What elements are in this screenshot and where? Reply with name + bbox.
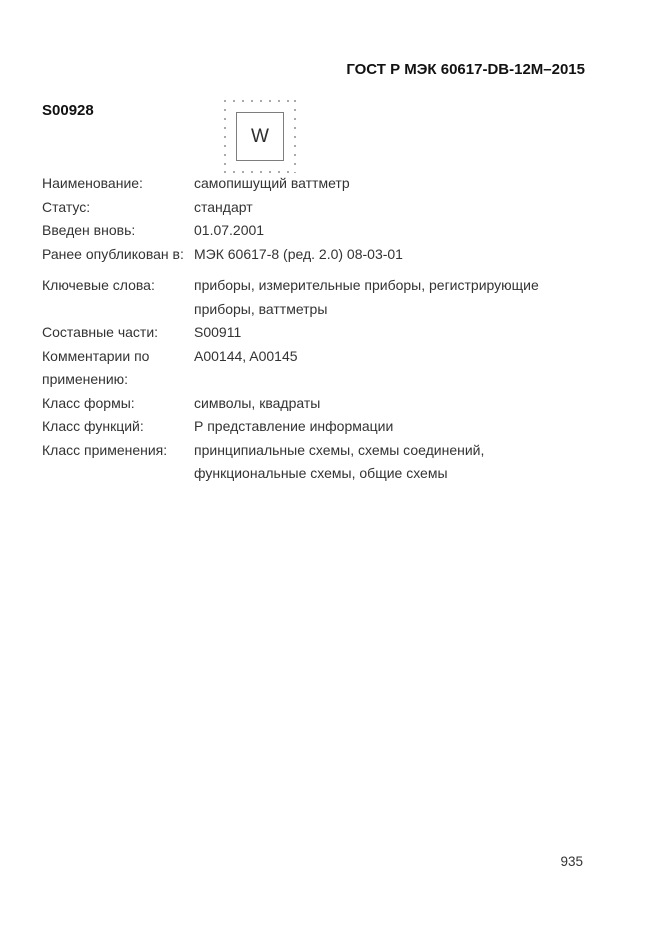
document-page: ГОСТ Р МЭК 60617-DB-12M–2015 S00928 W На… <box>0 0 661 936</box>
field-value: принципиальные схемы, схемы соединений, … <box>194 439 617 486</box>
document-header-title: ГОСТ Р МЭК 60617-DB-12M–2015 <box>346 61 585 78</box>
field-row-introduced: Введен вновь: 01.07.2001 <box>42 219 617 243</box>
field-row-previously-published: Ранее опубликован в: МЭК 60617-8 (ред. 2… <box>42 243 617 267</box>
field-label-line: Введен вновь: <box>42 219 194 243</box>
field-value-line: символы, квадраты <box>194 392 617 416</box>
field-label: Ранее опубликован в: <box>42 243 194 267</box>
field-value-line: МЭК 60617-8 (ред. 2.0) 08-03-01 <box>194 243 617 267</box>
field-label: Введен вновь: <box>42 219 194 243</box>
field-value: A00144, A00145 <box>194 345 617 369</box>
field-label-line: Класс формы: <box>42 392 194 416</box>
field-label: Составные части: <box>42 321 194 345</box>
field-row-keywords: Ключевые слова: приборы, измерительные п… <box>42 274 617 321</box>
symbol-letter-w: W <box>251 127 269 146</box>
field-row-components: Составные части: S00911 <box>42 321 617 345</box>
symbol-square-outline: W <box>236 112 284 161</box>
field-value: стандарт <box>194 196 617 220</box>
field-value: 01.07.2001 <box>194 219 617 243</box>
symbol-grid-dots-right <box>294 100 296 173</box>
field-value-line: приборы, измерительные приборы, регистри… <box>194 274 617 298</box>
field-value-line: S00911 <box>194 321 617 345</box>
field-label-line: Комментарии по <box>42 345 194 369</box>
field-row-name: Наименование: самопишущий ваттметр <box>42 172 617 196</box>
field-value-line: 01.07.2001 <box>194 219 617 243</box>
field-value: самопишущий ваттметр <box>194 172 617 196</box>
field-value: МЭК 60617-8 (ред. 2.0) 08-03-01 <box>194 243 617 267</box>
field-label: Статус: <box>42 196 194 220</box>
field-label-line: Ранее опубликован в: <box>42 243 194 267</box>
field-label: Класс функций: <box>42 415 194 439</box>
field-label-line: Статус: <box>42 196 194 220</box>
symbol-id: S00928 <box>42 102 94 119</box>
field-label: Наименование: <box>42 172 194 196</box>
field-value: Р представление информации <box>194 415 617 439</box>
field-label-line: Составные части: <box>42 321 194 345</box>
symbol-grid-dots-left <box>224 100 226 173</box>
field-row-form-class: Класс формы: символы, квадраты <box>42 392 617 416</box>
field-value: S00911 <box>194 321 617 345</box>
field-value: приборы, измерительные приборы, регистри… <box>194 274 617 321</box>
symbol-grid-dots-top <box>224 100 296 102</box>
field-label-line: Класс применения: <box>42 439 194 463</box>
field-value-line: функциональные схемы, общие схемы <box>194 462 617 486</box>
field-row-status: Статус: стандарт <box>42 196 617 220</box>
field-label-line: применению: <box>42 368 194 392</box>
page-number: 935 <box>560 854 583 869</box>
field-label-line: Класс функций: <box>42 415 194 439</box>
field-row-application-class: Класс применения: принципиальные схемы, … <box>42 439 617 486</box>
field-label: Класс применения: <box>42 439 194 463</box>
field-value-line: стандарт <box>194 196 617 220</box>
field-value: символы, квадраты <box>194 392 617 416</box>
field-label-line: Ключевые слова: <box>42 274 194 298</box>
fields-list: Наименование: самопишущий ваттметр Стату… <box>42 172 617 486</box>
field-row-function-class: Класс функций: Р представление информаци… <box>42 415 617 439</box>
field-value-line: A00144, A00145 <box>194 345 617 369</box>
field-label: Комментарии по применению: <box>42 345 194 392</box>
field-label: Ключевые слова: <box>42 274 194 298</box>
field-value-line: принципиальные схемы, схемы соединений, <box>194 439 617 463</box>
symbol-preview: W <box>224 100 296 173</box>
field-value-line: самопишущий ваттметр <box>194 172 617 196</box>
field-value-line: Р представление информации <box>194 415 617 439</box>
field-label-line: Наименование: <box>42 172 194 196</box>
field-value-line: приборы, ваттметры <box>194 298 617 322</box>
field-label: Класс формы: <box>42 392 194 416</box>
field-row-application-comments: Комментарии по применению: A00144, A0014… <box>42 345 617 392</box>
